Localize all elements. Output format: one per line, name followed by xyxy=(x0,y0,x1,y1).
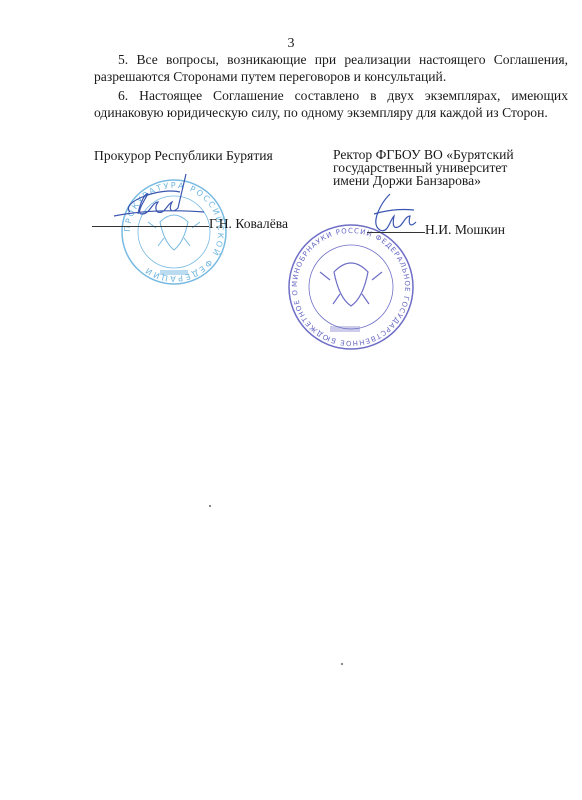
left-signature-line xyxy=(92,226,209,227)
left-signatory-name: Г.Н. Ковалёва xyxy=(209,216,288,232)
page-number: 3 xyxy=(0,36,582,52)
left-signatory-title: Прокурор Республики Бурятия xyxy=(94,148,273,164)
left-signature xyxy=(100,172,210,232)
right-signatory-name: Н.И. Мошкин xyxy=(425,222,505,238)
paragraph-line: разрешаются Сторонами путем переговоров … xyxy=(94,69,568,86)
paragraph-6: 6. Настоящее Соглашение составлено в дву… xyxy=(94,88,568,121)
paragraph-line: 6. Настоящее Соглашение составлено в дву… xyxy=(94,88,568,105)
paragraph-line: 5. Все вопросы, возникающие при реализац… xyxy=(94,52,568,69)
title-line: имени Доржи Банзарова» xyxy=(333,174,514,187)
scan-speck xyxy=(209,505,211,507)
right-signatory-title: Ректор ФГБОУ ВО «Бурятский государственн… xyxy=(333,148,514,187)
scan-speck xyxy=(341,663,343,665)
right-signature-line xyxy=(367,232,425,233)
paragraph-line: одинаковую юридическую силу, по одному э… xyxy=(94,105,568,122)
right-official-stamp: МИНОБРНАУКИ РОССИИ ФЕДЕРАЛЬНОЕ ГОСУДАРСТ… xyxy=(286,222,416,352)
paragraph-5: 5. Все вопросы, возникающие при реализац… xyxy=(94,52,568,85)
